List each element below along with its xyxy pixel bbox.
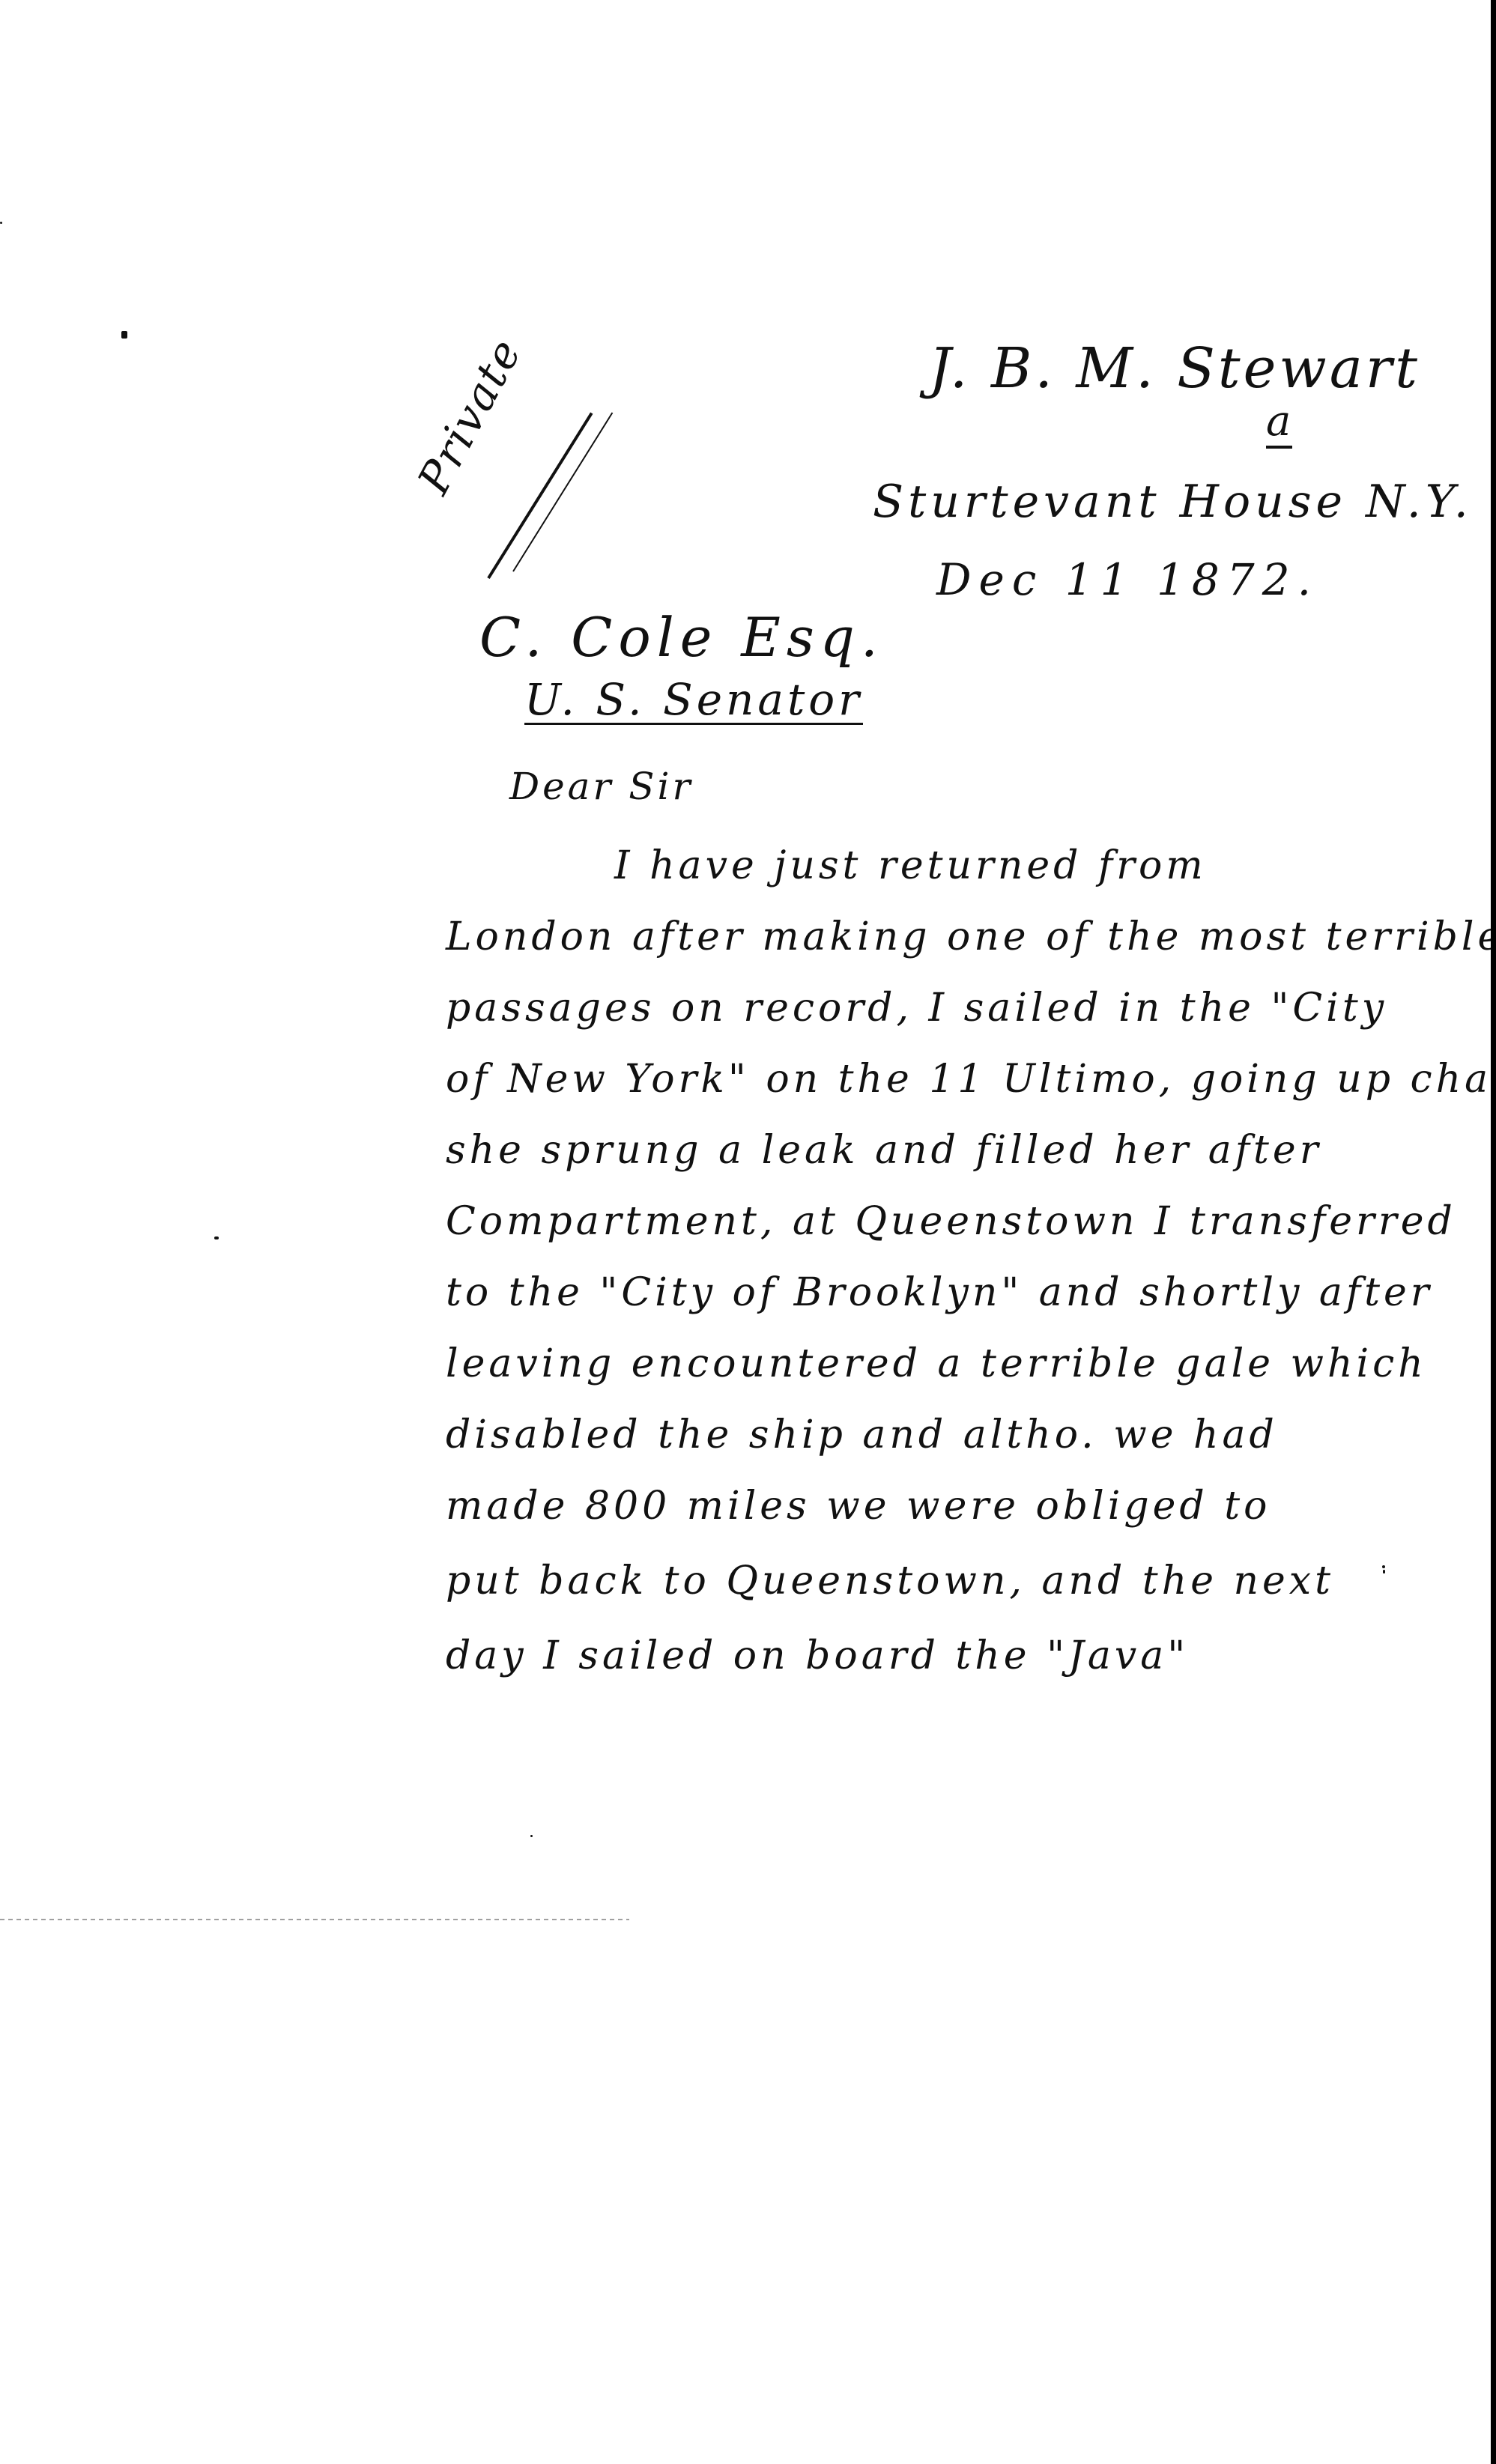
body-line: to the "City of Brooklyn" and shortly af… <box>446 1273 1433 1312</box>
scan-speck <box>0 222 2 224</box>
letter-date: Dec 11 1872. <box>936 558 1318 601</box>
body-line: passages on record, I sailed in the "Cit… <box>446 989 1387 1028</box>
scan-speck <box>1382 1565 1385 1568</box>
body-line: Compartment, at Queenstown I transferred <box>446 1202 1456 1241</box>
private-underline <box>487 412 593 579</box>
body-line: disabled the ship and altho. we had <box>446 1415 1278 1454</box>
salutation: Dear Sir <box>509 768 693 805</box>
letterhead-mark: a <box>1266 401 1292 449</box>
scanned-letter-page: J. B. M. Stewart a Private Sturtevant Ho… <box>0 0 1496 2464</box>
body-line: she sprung a leak and filled her after <box>446 1131 1322 1170</box>
sender-address: Sturtevant House N.Y. <box>873 479 1473 524</box>
body-line: made 800 miles we were obliged to <box>446 1487 1271 1526</box>
scan-fold-line <box>0 1919 629 1920</box>
scan-speck <box>121 331 127 339</box>
body-line: day I sailed on board the "Java" <box>446 1636 1189 1675</box>
body-line: put back to Queenstown, and the next <box>446 1562 1334 1600</box>
body-line: leaving encountered a terrible gale whic… <box>446 1344 1427 1383</box>
scan-edge-strip <box>1491 0 1496 2464</box>
private-underline-secondary <box>512 412 613 571</box>
body-line: London after making one of the most terr… <box>446 917 1496 956</box>
scan-speck <box>1383 1570 1385 1574</box>
body-line: of New York" on the 11 Ultimo, going up … <box>446 1060 1496 1099</box>
recipient-title: U. S. Senator <box>524 678 863 725</box>
letterhead-name: J. B. M. Stewart <box>929 341 1420 396</box>
body-line: I have just returned from <box>614 846 1207 885</box>
scan-speck <box>214 1236 219 1239</box>
private-annotation: Private <box>411 332 529 500</box>
scan-speck <box>530 1835 533 1837</box>
recipient-name: C. Cole Esq. <box>479 610 884 664</box>
